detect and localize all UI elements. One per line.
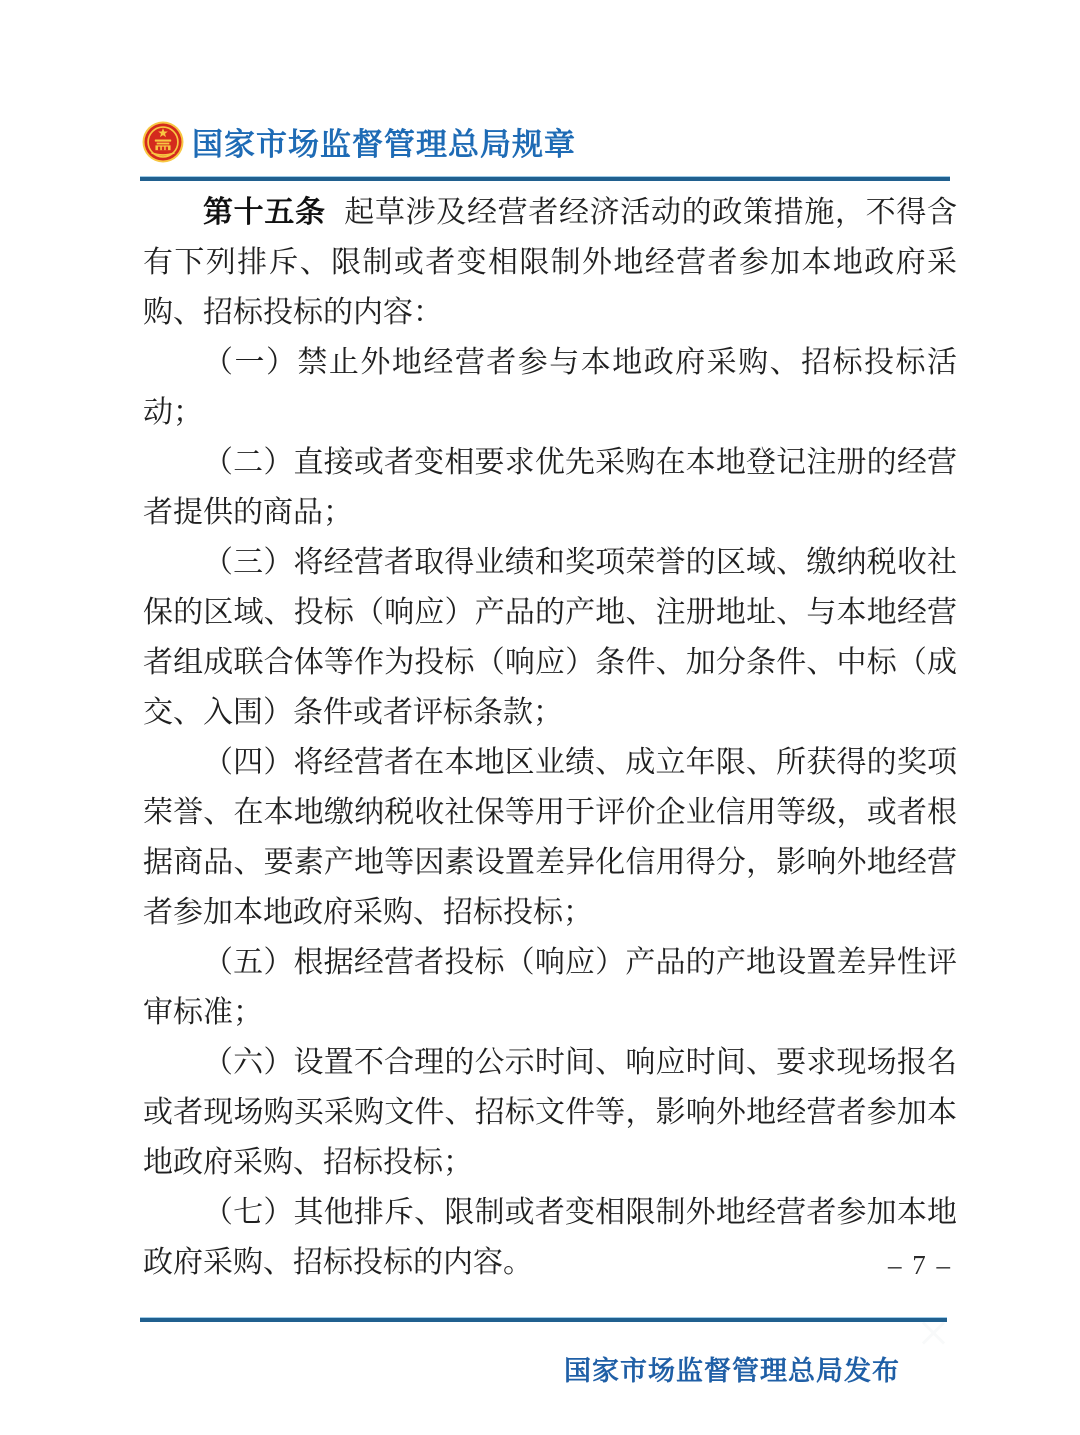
publisher-text: 国家市场监督管理总局发布 (564, 1356, 900, 1386)
header-title: 国家市场监督管理总局规章 (192, 119, 576, 164)
article-item-2: （二）直接或者变相要求优先采购在本地登记注册的经营者提供的商品； (143, 438, 957, 538)
document-header: 国家市场监督管理总局规章 (142, 119, 576, 164)
article-body: 第十五条起草涉及经营者经济活动的政策措施，不得含有下列排斥、限制或者变相限制外地… (143, 188, 957, 1288)
page-number: – 7 – (888, 1250, 952, 1281)
header-divider (140, 176, 950, 181)
national-emblem-icon (142, 121, 184, 163)
article-intro-paragraph: 第十五条起草涉及经营者经济活动的政策措施，不得含有下列排斥、限制或者变相限制外地… (143, 188, 957, 338)
article-item-7: （七）其他排斥、限制或者变相限制外地经营者参加本地政府采购、招标投标的内容。 (143, 1188, 957, 1288)
article-item-1: （一）禁止外地经营者参与本地政府采购、招标投标活动； (143, 338, 957, 438)
article-number: 第十五条 (203, 196, 326, 229)
article-item-4: （四）将经营者在本地区业绩、成立年限、所获得的奖项荣誉、在本地缴纳税收社保等用于… (143, 738, 957, 938)
article-item-5: （五）根据经营者投标（响应）产品的产地设置差异性评审标准； (143, 938, 957, 1038)
document-footer: 国家市场监督管理总局发布 (564, 1349, 900, 1388)
footer-divider (140, 1317, 947, 1322)
article-item-6: （六）设置不合理的公示时间、响应时间、要求现场报名或者现场购买采购文件、招标文件… (143, 1038, 957, 1188)
article-item-3: （三）将经营者取得业绩和奖项荣誉的区域、缴纳税收社保的区域、投标（响应）产品的产… (143, 538, 957, 738)
watermark-x-icon (920, 1320, 946, 1346)
document-page: 国家市场监督管理总局规章 第十五条起草涉及经营者经济活动的政策措施，不得含有下列… (0, 0, 1080, 1435)
